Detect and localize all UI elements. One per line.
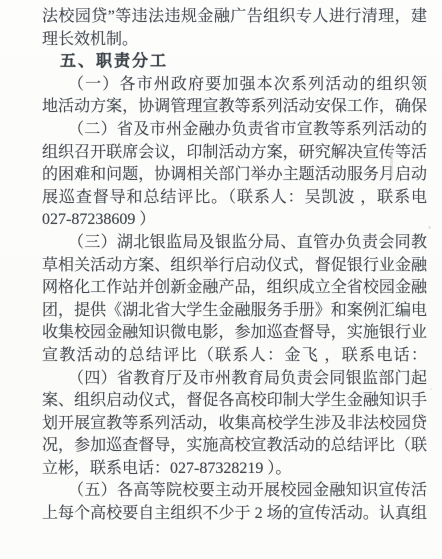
scanned-document-page: 法校园贷”等违法违规金融广告组织专人进行清理，建立广告清 理长效机制。 五、职责… — [0, 0, 442, 559]
text-line: 收集校园金融知识微电影，参加巡查督导，实施银行业金融机构 — [42, 322, 427, 345]
text-line: 网格化工作站并创新金融产品，组织成立全省校园金融知识宣讲 — [42, 277, 427, 300]
section-heading: 五、职责分工 — [42, 51, 427, 74]
text-line: （一）各市州政府要加强本次系列活动的组织领导，审定本 — [42, 74, 427, 97]
text-line: 宣教活动的总结评比（联系人：金飞 ，联系电话：85565125）。 — [42, 345, 427, 368]
text-line: 027-87238609 ） — [42, 209, 427, 232]
scan-artifact-speck — [430, 388, 432, 390]
text-line: 地活动方案，协调管理宣教等系列活动安保工作，确保活动效果。 — [42, 96, 427, 119]
text-line: 理长效机制。 — [42, 29, 427, 52]
text-line: 案、组织启动仪式，督促各高校印制大学生金融知识手册、按计 — [42, 390, 427, 413]
text-line: （五）各高等院校要主动开展校园金融知识宣传活动，原则 — [42, 480, 427, 503]
text-line: （四）省教育厅及市州教育局负责会同银监部门起草活动方 — [42, 368, 427, 391]
text-line: 展巡查督导和总结评比。（联系人：吴凯波 ，联系电话： — [42, 187, 427, 210]
text-line: 况，参加巡查督导，实施高校宣教活动的总结评比（联系人：王 — [42, 435, 427, 458]
text-line: 团，提供《湖北省大学生金融服务手册》和案例汇编电子版本， — [42, 300, 427, 323]
text-line: 上每个高校要自主组织不少于 2 场的宣传活动。认真组织校园内 — [42, 503, 427, 526]
document-text-block: 法校园贷”等违法违规金融广告组织专人进行清理，建立广告清 理长效机制。 五、职责… — [42, 6, 427, 526]
text-line: 法校园贷”等违法违规金融广告组织专人进行清理，建立广告清 — [42, 6, 427, 29]
text-line: （二）省及市州金融办负责省市宣教等系列活动的总协调， — [42, 119, 427, 142]
text-line: 划开展宣教等系列活动，收集高校学生涉及非法校园贷排查情 — [42, 413, 427, 436]
scan-artifact-speck — [428, 226, 431, 229]
text-line: 组织召开联席会议，印制活动方案，研究解决宣传等活动中遇到 — [42, 142, 427, 165]
text-line: （三）湖北银监局及银监分局、直管办负责会同教育部门起 — [42, 232, 427, 255]
text-line: 立彬，联系电话：027-87328219 ）。 — [42, 458, 427, 481]
text-line: 草相关活动方案、组织举行启动仪式，督促银行业金融机构增设 — [42, 255, 427, 278]
text-line: 的困难和问题，协调相关部门举办主题活动服务月启动仪式、开 — [42, 164, 427, 187]
